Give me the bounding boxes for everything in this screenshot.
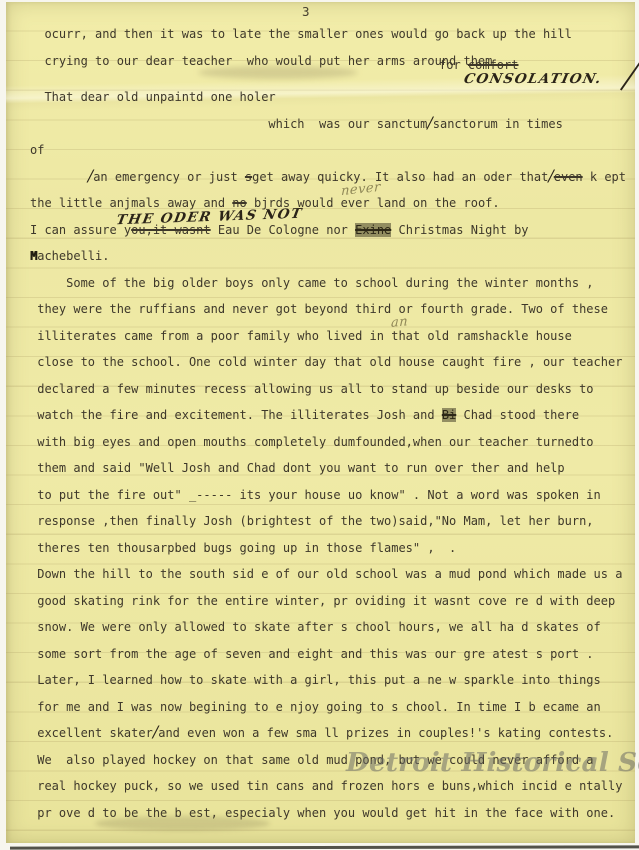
typed-text: achebelli. (37, 249, 109, 263)
typed-text: declared a few minutes recess allowing u… (30, 382, 594, 396)
typed-text: snow. We were only allowed to skate afte… (30, 620, 601, 634)
scanned-document-page: 3 ocurr, and then it was to late the sma… (0, 0, 639, 850)
typed-line: ocurr, and then it was to late the small… (30, 26, 635, 53)
typed-line: watch the fire and excitement. The illit… (30, 407, 635, 434)
typed-text: illiterates came from a poor family who … (30, 329, 391, 343)
typed-text: sanctorum in times (433, 117, 563, 131)
typed-text: / (427, 113, 432, 132)
handwritten-annotation: CONSOLATION. (462, 71, 604, 88)
typed-line: Later, I learned how to skate with a gir… (30, 672, 635, 699)
typed-text: watch the fire and excitement. The illit… (30, 408, 442, 422)
struck-word: even (554, 170, 583, 184)
scan-bottom-edge (10, 845, 639, 849)
typed-text: to put the fire out" _----- its your hou… (30, 488, 601, 502)
typed-text: Chad stood there (456, 408, 579, 422)
page-number: 3 (302, 4, 310, 19)
paper-sheet: 3 ocurr, and then it was to late the sma… (6, 2, 635, 843)
typed-line: pr ove d to be the b est, especialy when… (30, 805, 635, 832)
typed-text (30, 170, 88, 184)
typed-text: of (30, 143, 44, 157)
typed-text: good skating rink for the entire winter,… (30, 594, 615, 608)
typed-text: / (548, 166, 553, 185)
typed-text: evernever (341, 196, 370, 210)
typed-text: pr ove d to be the b est, especialy when… (30, 806, 615, 820)
typed-text: land on the roof. (370, 196, 500, 210)
typed-text: get away quicky. It also had an oder tha… (252, 170, 548, 184)
typed-text: excellent skater (30, 726, 153, 740)
typed-text: Down the hill to the south sid e of our … (30, 567, 622, 581)
typed-text: response ,then finally Josh (brightest o… (30, 514, 594, 528)
typed-text: they were the ruffians and never got bey… (30, 302, 608, 316)
typed-text: an emergency or just (93, 170, 245, 184)
typed-text: Later, I learned how to skate with a gir… (30, 673, 601, 687)
struck-word: no (232, 196, 246, 210)
typed-text: them and said "Well Josh and Chad dont y… (30, 461, 565, 475)
typed-line: for me and I was now begining to e njoy … (30, 699, 635, 726)
typed-line: Machebelli. (30, 248, 635, 275)
typed-text: for (439, 58, 468, 72)
typed-line: good skating rink for the entire winter,… (30, 593, 635, 620)
typed-line: to put the fire out" _----- its your hou… (30, 487, 635, 514)
typed-line: snow. We were only allowed to skate afte… (30, 619, 635, 646)
struck-word: ou,it wasntTHE ODER WAS NOT (131, 223, 210, 237)
typed-line: for comfortCONSOLATION. (439, 57, 518, 74)
struck-word: comfortCONSOLATION. (468, 58, 519, 72)
typed-text: theres ten thousarpbed bugs going up in … (30, 541, 456, 555)
typed-text: Eau De Cologne nor (211, 223, 356, 237)
typed-line: they were the ruffians and never got bey… (30, 301, 635, 328)
typed-text: ocurr, and then it was to late the small… (30, 27, 572, 41)
typed-text-block: ocurr, and then it was to late the small… (6, 26, 635, 831)
typed-text: some sort from the age of seven and eigh… (30, 647, 594, 661)
typed-text: old ramshackle house (420, 329, 572, 343)
blotted-word: Exine (355, 223, 391, 237)
typed-text: Christmas Night by (391, 223, 528, 237)
typed-text: Some of the big older boys only came to … (30, 276, 594, 290)
typed-line: Some of the big older boys only came to … (30, 275, 635, 302)
typed-line: response ,then finally Josh (brightest o… (30, 513, 635, 540)
typed-line: That dear old unpaintd one holer (30, 89, 635, 116)
typed-line: some sort from the age of seven and eigh… (30, 646, 635, 673)
watermark: Detroit Historical Society (346, 748, 639, 778)
typed-line: close to the school. One cold winter day… (30, 354, 635, 381)
typed-text: for me and I was now begining to e njoy … (30, 700, 601, 714)
typed-text: bjrds would (247, 196, 341, 210)
typed-line: which was our sanctum/sanctorum in times (30, 116, 635, 143)
typed-line: of (30, 142, 635, 169)
typed-text: close to the school. One cold winter day… (30, 355, 622, 369)
typed-text: the little anjmals away and (30, 196, 232, 210)
typed-line: illiterates came from a poor family who … (30, 328, 635, 355)
typed-text: I can assure y (30, 223, 131, 237)
typed-line: with big eyes and open mouths completely… (30, 434, 635, 461)
typed-text: real hockey puck, so we used tin cans an… (30, 779, 622, 793)
typed-text: k ept (583, 170, 626, 184)
typed-text: which was our sanctum (30, 117, 427, 131)
typed-line: declared a few minutes recess allowing u… (30, 381, 635, 408)
typed-text: That dear old unpaintd one holer (30, 90, 276, 104)
typed-line: them and said "Well Josh and Chad dont y… (30, 460, 635, 487)
typed-line: theres ten thousarpbed bugs going up in … (30, 540, 635, 567)
typed-line: Down the hill to the south sid e of our … (30, 566, 635, 593)
typed-text: crying to our dear teacher who would put… (30, 54, 492, 68)
blotted-word: Bi (442, 408, 456, 422)
typed-line: the little anjmals away and no bjrds wou… (30, 195, 635, 222)
typed-text: and even won a few sma ll prizes in coup… (158, 726, 613, 740)
typed-text: with big eyes and open mouths completely… (30, 435, 594, 449)
typed-line: /an emergency or just sget away quicky. … (30, 169, 635, 196)
typed-line: I can assure you,it wasntTHE ODER WAS NO… (30, 222, 635, 249)
typed-text: thatan (391, 329, 420, 343)
typed-line: real hockey puck, so we used tin cans an… (30, 778, 635, 805)
